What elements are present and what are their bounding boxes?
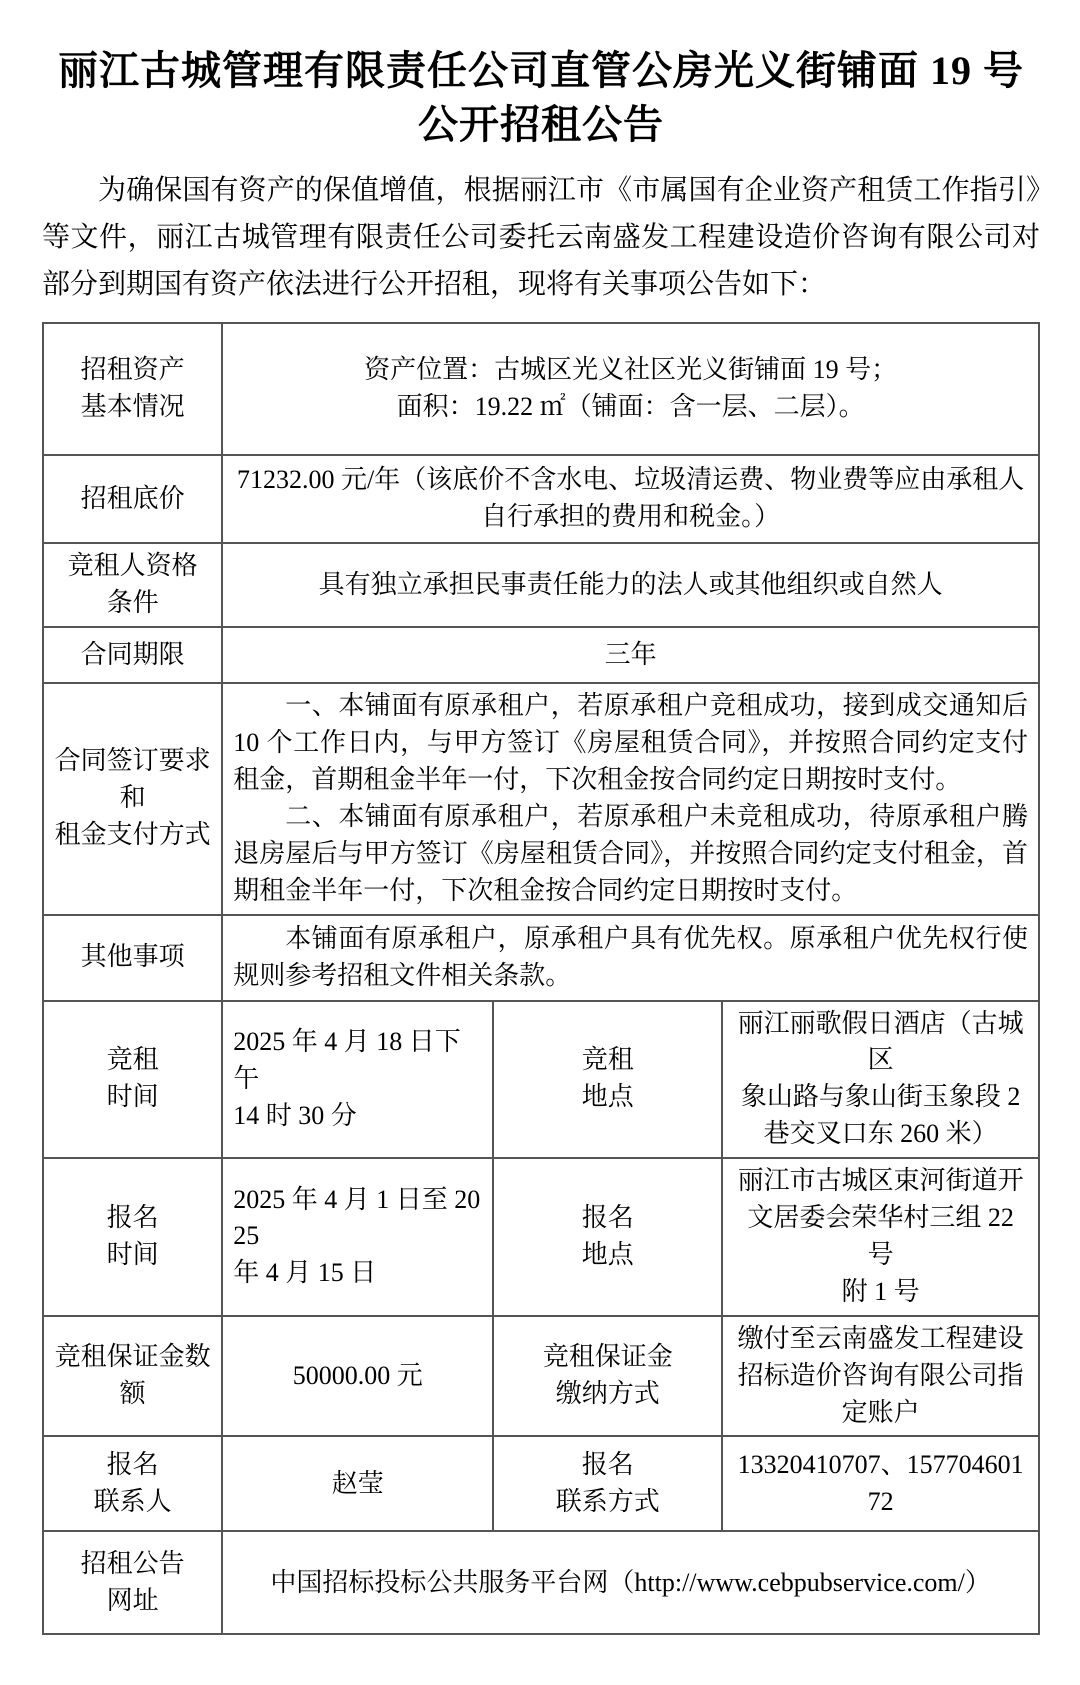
row-other-matters: 其他事项 本铺面有原承租户，原承租户具有优先权。原承租户优先权行使规则参考招租文… [43, 915, 1039, 1001]
asset-info-value: 资产位置：古城区光义社区光义街铺面 19 号； 面积：19.22 ㎡（铺面：含一… [222, 323, 1039, 455]
signup-location-value: 丽江市古城区束河街道开 文居委会荣华村三组 22 号 附 1 号 [722, 1158, 1039, 1316]
signup-time-label: 报名 时间 [43, 1158, 222, 1316]
other-matters-value: 本铺面有原承租户，原承租户具有优先权。原承租户优先权行使规则参考招租文件相关条款… [222, 915, 1039, 1001]
other-matters-paragraph: 本铺面有原承租户，原承租户具有优先权。原承租户优先权行使规则参考招租文件相关条款… [233, 921, 1028, 995]
contact-person-label: 报名 联系人 [43, 1436, 222, 1531]
deposit-amount-value: 50000.00 元 [222, 1316, 493, 1437]
other-matters-label: 其他事项 [43, 915, 222, 1001]
page-title: 丽江古城管理有限责任公司直管公房光义街铺面 19 号 公开招租公告 [42, 44, 1040, 152]
signing-paragraph-1: 一、本铺面有原承租户，若原承租户竞租成功，接到成交通知后 10 个工作日内，与甲… [233, 688, 1028, 799]
intro-paragraph: 为确保国有资产的保值增值，根据丽江市《市属国有企业资产租赁工作指引》等文件，丽江… [42, 168, 1040, 308]
qualification-label: 竞租人资格 条件 [43, 543, 222, 627]
website-value: 中国招标投标公共服务平台网（http://www.cebpubservice.c… [222, 1531, 1039, 1634]
bid-location-value: 丽江丽歌假日酒店（古城区 象山路与象山街玉象段 2 巷交叉口东 260 米） [722, 1001, 1039, 1159]
contact-person-value: 赵莹 [222, 1436, 493, 1531]
row-deposit: 竞租保证金数额 50000.00 元 竞租保证金 缴纳方式 缴付至云南盛发工程建… [43, 1316, 1039, 1437]
row-signup-time: 报名 时间 2025 年 4 月 1 日至 2025 年 4 月 15 日 报名… [43, 1158, 1039, 1316]
page-title-line-2: 公开招租公告 [42, 98, 1040, 152]
page-title-line-1: 丽江古城管理有限责任公司直管公房光义街铺面 19 号 [42, 44, 1040, 98]
row-contract-term: 合同期限 三年 [43, 627, 1039, 683]
bid-time-label: 竞租 时间 [43, 1001, 222, 1159]
rental-info-table: 招租资产 基本情况 资产位置：古城区光义社区光义街铺面 19 号； 面积：19.… [42, 322, 1040, 1635]
row-qualification: 竞租人资格 条件 具有独立承担民事责任能力的法人或其他组织或自然人 [43, 543, 1039, 627]
signing-requirements-label: 合同签订要求和 租金支付方式 [43, 683, 222, 914]
qualification-value: 具有独立承担民事责任能力的法人或其他组织或自然人 [222, 543, 1039, 627]
contract-term-value: 三年 [222, 627, 1039, 683]
row-signing-requirements: 合同签订要求和 租金支付方式 一、本铺面有原承租户，若原承租户竞租成功，接到成交… [43, 683, 1039, 914]
base-price-value: 71232.00 元/年（该底价不含水电、垃圾清运费、物业费等应由承租人自行承担… [222, 455, 1039, 543]
signing-paragraph-2: 二、本铺面有原承租户，若原承租户未竞租成功，待原承租户腾退房屋后与甲方签订《房屋… [233, 799, 1028, 910]
deposit-method-value: 缴付至云南盛发工程建设 招标造价咨询有限公司指 定账户 [722, 1316, 1039, 1437]
row-website: 招租公告 网址 中国招标投标公共服务平台网（http://www.cebpubs… [43, 1531, 1039, 1634]
contact-method-label: 报名 联系方式 [493, 1436, 722, 1531]
contact-method-value: 13320410707、15770460172 [722, 1436, 1039, 1531]
bid-location-label: 竞租 地点 [493, 1001, 722, 1159]
deposit-method-label: 竞租保证金 缴纳方式 [493, 1316, 722, 1437]
base-price-label: 招租底价 [43, 455, 222, 543]
deposit-amount-label: 竞租保证金数额 [43, 1316, 222, 1437]
row-base-price: 招租底价 71232.00 元/年（该底价不含水电、垃圾清运费、物业费等应由承租… [43, 455, 1039, 543]
row-bid-time: 竞租 时间 2025 年 4 月 18 日下午 14 时 30 分 竞租 地点 … [43, 1001, 1039, 1159]
announcement-document: 丽江古城管理有限责任公司直管公房光义街铺面 19 号 公开招租公告 为确保国有资… [0, 0, 1080, 1685]
row-asset-info: 招租资产 基本情况 资产位置：古城区光义社区光义街铺面 19 号； 面积：19.… [43, 323, 1039, 455]
signup-time-value: 2025 年 4 月 1 日至 2025 年 4 月 15 日 [222, 1158, 493, 1316]
signup-location-label: 报名 地点 [493, 1158, 722, 1316]
asset-info-label: 招租资产 基本情况 [43, 323, 222, 455]
bid-time-value: 2025 年 4 月 18 日下午 14 时 30 分 [222, 1001, 493, 1159]
website-label: 招租公告 网址 [43, 1531, 222, 1634]
signing-requirements-value: 一、本铺面有原承租户，若原承租户竞租成功，接到成交通知后 10 个工作日内，与甲… [222, 683, 1039, 914]
row-contact: 报名 联系人 赵莹 报名 联系方式 13320410707、1577046017… [43, 1436, 1039, 1531]
contract-term-label: 合同期限 [43, 627, 222, 683]
